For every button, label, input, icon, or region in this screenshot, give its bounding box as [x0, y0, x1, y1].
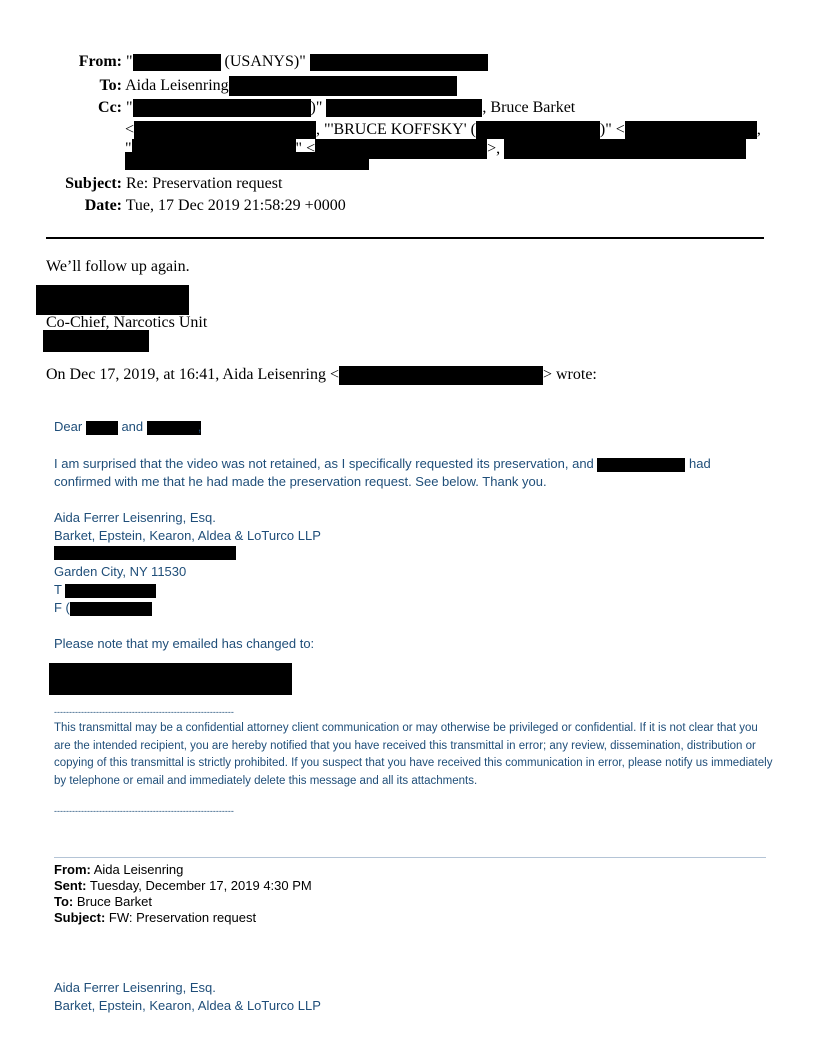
cc-comma: ,: [757, 121, 761, 138]
header-from-row: From: " (USANYS)": [60, 52, 488, 72]
from-org: (USANYS)": [221, 53, 310, 70]
redaction: [70, 602, 152, 616]
disclaimer-divider-bottom: ----------------------------------------…: [54, 806, 308, 816]
disclaimer-divider-top: ----------------------------------------…: [54, 707, 304, 717]
from-label: From:: [60, 52, 122, 72]
fw-sent-value: Tuesday, December 17, 2019 4:30 PM: [90, 878, 312, 893]
fw-subject-row: Subject: FW: Preservation request: [54, 910, 256, 926]
fax-prefix: F (: [54, 600, 70, 615]
signature-name: Aida Ferrer Leisenring, Esq.: [54, 510, 216, 525]
redaction: [86, 421, 118, 435]
signature-phone: T: [54, 582, 156, 598]
header-divider: [46, 237, 764, 239]
to-name: Aida Leisenring: [125, 77, 229, 94]
fw-subject-label: Subject:: [54, 910, 105, 925]
redaction: [65, 584, 156, 598]
quote-intro-suffix: > wrote:: [543, 366, 597, 383]
fw-from-row: From: Aida Leisenring: [54, 862, 183, 878]
fw-to-value: Bruce Barket: [77, 894, 152, 909]
redaction: [326, 99, 482, 117]
cc-bruce-barket: , Bruce Barket: [482, 99, 575, 116]
fw-to-label: To:: [54, 894, 73, 909]
redaction: [133, 54, 221, 71]
cc-lt: <: [125, 121, 134, 138]
email-change-note: Please note that my emailed has changed …: [54, 636, 314, 651]
header-cc-row: Cc: ")" , Bruce Barket: [60, 98, 575, 118]
redaction: [339, 366, 543, 385]
redaction: [134, 121, 316, 139]
fw-signature-firm: Barket, Epstein, Kearon, Aldea & LoTurco…: [54, 998, 321, 1013]
greeting: Dear and ,: [54, 419, 201, 435]
fw-sent-label: Sent:: [54, 878, 87, 893]
redaction: [125, 152, 369, 170]
quote-intro: On Dec 17, 2019, at 16:41, Aida Leisenri…: [46, 366, 597, 385]
signature-city: Garden City, NY 11530: [54, 564, 186, 579]
fw-from-value: Aida Leisenring: [94, 862, 184, 877]
cc-close: )": [311, 99, 323, 116]
fw-to-row: To: Bruce Barket: [54, 894, 152, 910]
fw-signature-name: Aida Ferrer Leisenring, Esq.: [54, 980, 216, 995]
redaction: [229, 76, 457, 96]
quoted-paragraph-line1: I am surprised that the video was not re…: [54, 456, 711, 472]
forwarded-divider: [54, 857, 766, 858]
to-label: To:: [60, 76, 122, 96]
redaction: [476, 121, 600, 139]
redaction: [625, 121, 757, 139]
disclaimer-text: This transmittal may be a confidential a…: [54, 720, 774, 790]
greeting-comma: ,: [198, 419, 202, 434]
cc-koffsky: , "'BRUCE KOFFSKY' (: [316, 121, 476, 138]
subject-value: Re: Preservation request: [126, 175, 282, 192]
paragraph-part2: had: [689, 456, 711, 471]
date-label: Date:: [60, 196, 122, 216]
reply-body: We’ll follow up again.: [46, 258, 190, 276]
subject-label: Subject:: [60, 174, 122, 194]
redaction: [36, 285, 189, 315]
signature-fax: F (: [54, 600, 152, 616]
greeting-and: and: [121, 419, 143, 434]
cc-label: Cc:: [60, 98, 122, 118]
signature-firm: Barket, Epstein, Kearon, Aldea & LoTurco…: [54, 528, 321, 543]
redaction: [43, 330, 149, 352]
quoted-paragraph-line2: confirmed with me that he had made the p…: [54, 474, 547, 489]
phone-prefix: T: [54, 582, 62, 597]
greeting-dear: Dear: [54, 419, 82, 434]
header-subject-row: Subject: Re: Preservation request: [60, 174, 282, 194]
redaction: [49, 663, 292, 695]
redaction: [133, 99, 311, 117]
cc-koffsky-close: )" <: [600, 121, 625, 138]
fw-subject-value: FW: Preservation request: [109, 910, 256, 925]
cc-gt-comma: >,: [487, 140, 500, 157]
fw-sent-row: Sent: Tuesday, December 17, 2019 4:30 PM: [54, 878, 312, 894]
paragraph-part1: I am surprised that the video was not re…: [54, 456, 594, 471]
redaction: [54, 546, 236, 560]
redaction: [147, 421, 201, 435]
redaction: [504, 139, 746, 159]
redaction: [310, 54, 488, 71]
header-cc-line2: <, "'BRUCE KOFFSKY' ()" <,: [125, 120, 761, 140]
fw-from-label: From:: [54, 862, 91, 877]
date-value: Tue, 17 Dec 2019 21:58:29 +0000: [126, 197, 346, 214]
redaction: [597, 458, 685, 472]
quote-intro-prefix: On Dec 17, 2019, at 16:41, Aida Leisenri…: [46, 366, 339, 383]
header-date-row: Date: Tue, 17 Dec 2019 21:58:29 +0000: [60, 196, 346, 216]
header-to-row: To: Aida Leisenring: [60, 76, 457, 96]
